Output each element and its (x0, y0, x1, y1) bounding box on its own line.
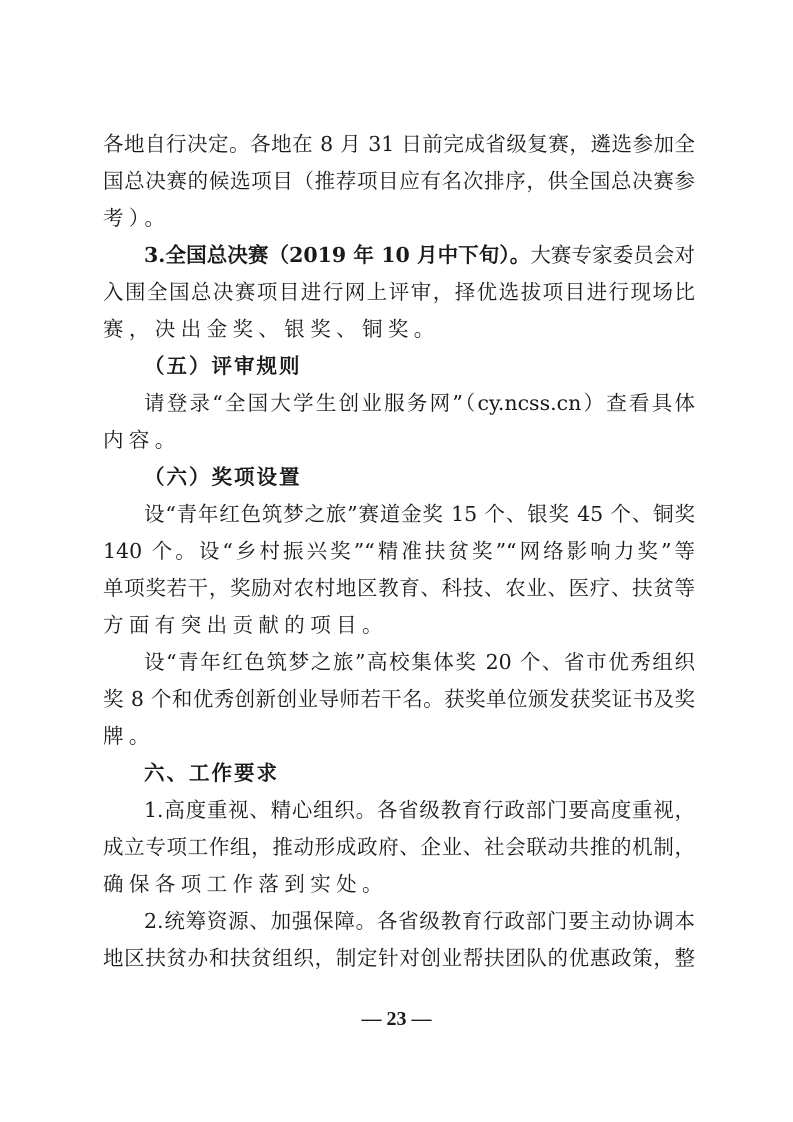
body-line: 各地自行决定。各地在 8 月 31 日前完成省级复赛，遴选参加全 (103, 126, 695, 163)
body-line: 1.高度重视、精心组织。各省级教育行政部门要高度重视， (103, 792, 695, 829)
body-line: 奖 8 个和优秀创新创业导师若干名。获奖单位颁发获奖证书及奖 (103, 681, 695, 718)
document-page: 各地自行决定。各地在 8 月 31 日前完成省级复赛，遴选参加全 国总决赛的候选… (103, 126, 695, 977)
national-final-lead-text: 大赛专家委员会对 (530, 243, 695, 267)
body-line: 赛，决出金奖、银奖、铜奖。 (103, 311, 695, 348)
body-line: 140 个。设“乡村振兴奖”“精准扶贫奖”“网络影响力奖”等 (103, 533, 695, 570)
section-heading-awards: （六）奖项设置 (103, 459, 695, 496)
body-line: 请登录“全国大学生创业服务网”（cy.ncss.cn）查看具体 (103, 385, 695, 422)
body-line: 设“青年红色筑梦之旅”高校集体奖 20 个、省市优秀组织 (103, 644, 695, 681)
section-heading-work-requirements: 六、工作要求 (103, 755, 695, 792)
body-line: 考）。 (103, 200, 695, 237)
body-line: 牌。 (103, 718, 695, 755)
body-line: 确保各项工作落到实处。 (103, 866, 695, 903)
section-heading-review-rules: （五）评审规则 (103, 348, 695, 385)
body-line: 成立专项工作组，推动形成政府、企业、社会联动共推的机制， (103, 829, 695, 866)
national-final-lead-line: 3.全国总决赛（2019 年 10 月中下旬）。大赛专家委员会对 (103, 237, 695, 274)
body-line: 设“青年红色筑梦之旅”赛道金奖 15 个、银奖 45 个、铜奖 (103, 496, 695, 533)
body-line: 国总决赛的候选项目（推荐项目应有名次排序，供全国总决赛参 (103, 163, 695, 200)
body-line: 方面有突出贡献的项目。 (103, 607, 695, 644)
body-line: 内容。 (103, 422, 695, 459)
body-line: 2.统筹资源、加强保障。各省级教育行政部门要主动协调本 (103, 903, 695, 940)
body-line: 地区扶贫办和扶贫组织，制定针对创业帮扶团队的优惠政策，整 (103, 940, 695, 977)
body-line: 入围全国总决赛项目进行网上评审，择优选拔项目进行现场比 (103, 274, 695, 311)
body-line: 单项奖若干，奖励对农村地区教育、科技、农业、医疗、扶贫等 (103, 570, 695, 607)
national-final-title: 3.全国总决赛（2019 年 10 月中下旬）。 (144, 243, 530, 267)
page-number: — 23 — (0, 1008, 793, 1031)
